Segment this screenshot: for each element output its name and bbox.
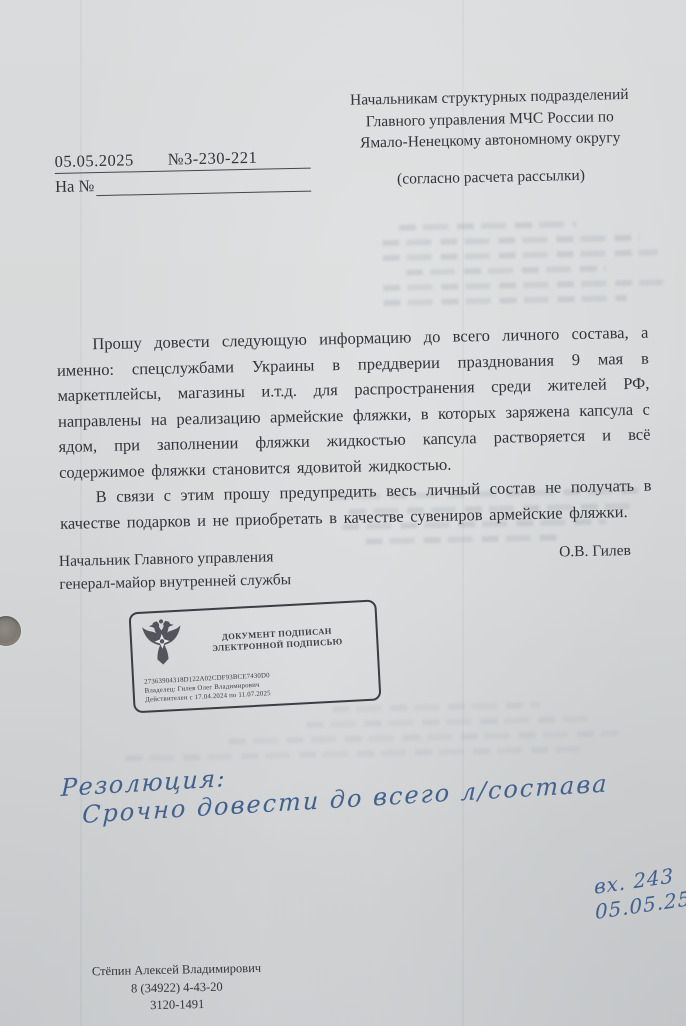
letter-body: Прошу довести следующую информацию до вс… bbox=[56, 320, 652, 536]
letterhead-reference-block: 05.05.2025 №3-230-221 На № bbox=[54, 147, 311, 197]
document-date: 05.05.2025 bbox=[54, 150, 134, 172]
signatory-title-block: Начальник Главного управления генерал-ма… bbox=[59, 545, 292, 596]
handwritten-incoming-mark: вх. 243 05.05.25 bbox=[594, 861, 686, 925]
body-paragraph-1: Прошу довести следующую информацию до вс… bbox=[56, 320, 651, 485]
document-content: 05.05.2025 №3-230-221 На № Начальникам с… bbox=[0, 0, 686, 1026]
stamp-header: ДОКУМЕНТ ПОДПИСАН ЭЛЕКТРОННОЙ ПОДПИСЬЮ bbox=[138, 607, 371, 674]
recipient-block: Начальникам структурных подразделений Гл… bbox=[349, 84, 631, 191]
stamp-title: ДОКУМЕНТ ПОДПИСАН ЭЛЕКТРОННОЙ ПОДПИСЬЮ bbox=[185, 623, 370, 655]
executor-contact-block: Стёпин Алексей Владимирович 8 (34922) 4-… bbox=[57, 959, 296, 1016]
scanned-letter-page: 05.05.2025 №3-230-221 На № Начальникам с… bbox=[0, 0, 686, 1026]
date-number-row: 05.05.2025 №3-230-221 bbox=[54, 147, 310, 174]
outgoing-number: №3-230-221 bbox=[168, 148, 258, 170]
reply-reference-row: На № bbox=[55, 172, 311, 197]
distribution-note: (согласно расчета рассылки) bbox=[351, 163, 631, 190]
mchs-eagle-emblem-icon bbox=[138, 617, 187, 674]
executor-internal-phone: 3120-1491 bbox=[58, 994, 296, 1016]
reply-reference-label: На № bbox=[55, 176, 95, 197]
bleed-through-text bbox=[382, 219, 670, 315]
reply-reference-blank-line bbox=[96, 177, 311, 196]
electronic-signature-stamp: ДОКУМЕНТ ПОДПИСАН ЭЛЕКТРОННОЙ ПОДПИСЬЮ 2… bbox=[129, 599, 382, 713]
signatory-title-line2: генерал-майор внутренней службы bbox=[59, 568, 291, 596]
recipient-address: Начальникам структурных подразделений Гл… bbox=[349, 84, 630, 154]
signatory-name: О.В. Гилев bbox=[499, 542, 631, 563]
